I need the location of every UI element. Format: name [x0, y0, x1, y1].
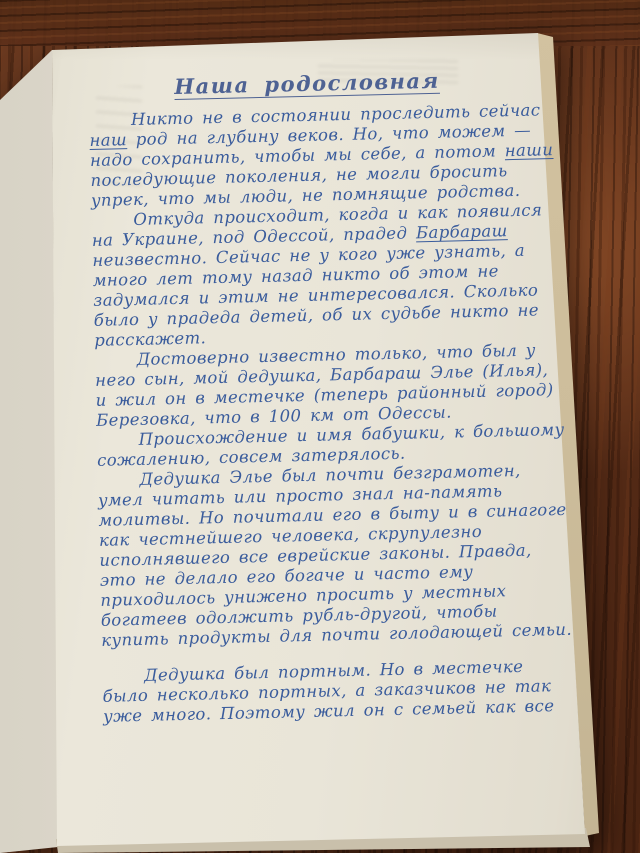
- paragraph-2: Откуда происходит, когда и как появился …: [91, 200, 566, 351]
- handwritten-text: Наша родословная Никто не в состоянии пр…: [88, 65, 575, 727]
- underlined-word: наш: [89, 130, 127, 150]
- photo-of-handwritten-page: Наша родословная Никто не в состоянии пр…: [0, 0, 640, 853]
- underlined-word: наши: [505, 140, 554, 160]
- paragraph-6: Дедушка был портным. Но в местечке было …: [102, 656, 575, 727]
- paragraph-5: Дедушка Элье был почти безграмотен, умел…: [97, 460, 573, 651]
- underlined-word: Барбараш: [416, 221, 508, 242]
- paragraph-3: Достоверно известно только, что был у не…: [94, 340, 568, 431]
- paragraph-1: Никто не в состоянии проследить сейчас н…: [89, 100, 563, 211]
